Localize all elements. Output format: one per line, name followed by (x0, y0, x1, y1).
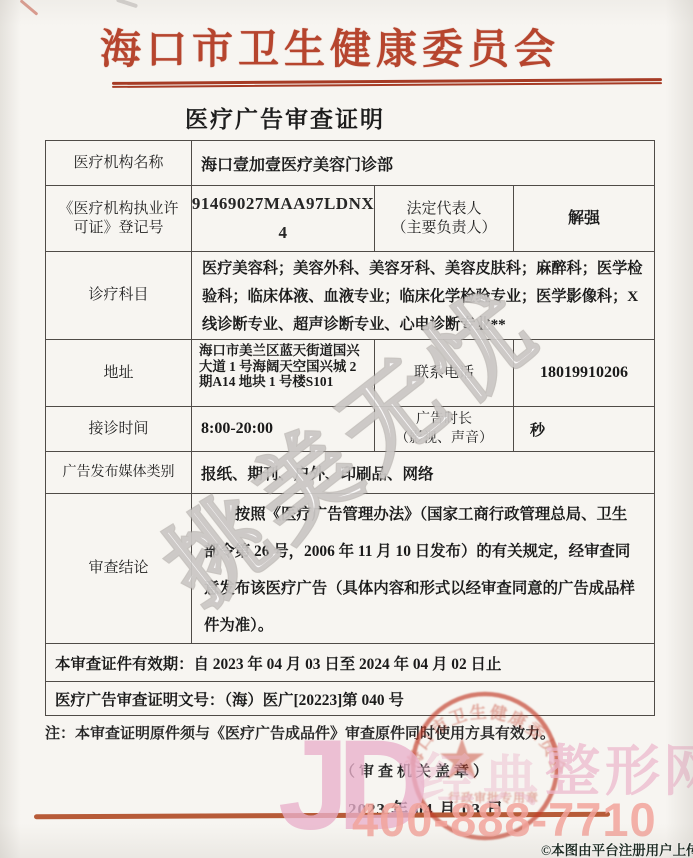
hours-value: 8:00-20:00 (191, 407, 374, 451)
license-label-line2: 可证》登记号 (58, 219, 178, 238)
row-media: 广告发布媒体类别 报纸、期刊、户外、印刷品、网络 (46, 451, 654, 493)
legal-rep-value: 解强 (513, 186, 654, 251)
address-label: 地址 (46, 340, 191, 406)
row-license: 《医疗机构执业许 可证》登记号 91469027MAA97LDNX 4 法定代表… (46, 185, 654, 251)
legal-rep-label: 法定代表人 （主要负责人） (374, 186, 513, 251)
departments-value: 医疗美容科；美容外科、美容牙科、美容皮肤科；麻醉科；医学检验科；临床体液、血液专… (191, 252, 654, 339)
row-hours: 接诊时间 8:00-20:00 广告时长 （影视、声音） 秒 (46, 406, 654, 451)
license-label-line1: 《医疗机构执业许 (58, 200, 178, 219)
org-name-value: 海口壹加壹医疗美容门诊部 (191, 141, 654, 185)
certificate-page: 海口市卫生健康委员会 医疗广告审查证明 医疗机构名称 海口壹加壹医疗美容门诊部 … (0, 0, 693, 858)
row-address: 地址 海口市美兰区蓝天街道国兴大道 1 号海阔天空国兴城 2 期A14 地块 1… (46, 339, 654, 406)
conclusion-label: 审查结论 (46, 494, 191, 643)
departments-label: 诊疗科目 (46, 252, 191, 339)
legal-rep-label-line2: （主要负责人） (391, 219, 496, 238)
official-seal: 海口市卫生健康委员会 行政审批专用章 (398, 690, 574, 850)
phone-label: 联系电话 (374, 340, 513, 406)
validity-text: 本审查证件有效期：自 2023 年 04 月 03 日至 2024 年 04 月… (46, 644, 654, 681)
certificate-table: 医疗机构名称 海口壹加壹医疗美容门诊部 《医疗机构执业许 可证》登记号 9146… (45, 140, 655, 716)
upload-caption: ©本图由平台注册用户上传 (541, 839, 693, 858)
seal-inner-text: 行政审批专用章 (448, 790, 539, 805)
header-double-rule (112, 78, 662, 88)
media-value: 报纸、期刊、户外、印刷品、网络 (191, 452, 654, 493)
legal-rep-label-line1: 法定代表人 (391, 200, 496, 219)
gray-smudge (116, 0, 138, 8)
brand-watermark-char: 网 (663, 744, 693, 799)
row-validity: 本审查证件有效期：自 2023 年 04 月 03 日至 2024 年 04 月… (46, 643, 654, 681)
license-label: 《医疗机构执业许 可证》登记号 (46, 186, 191, 251)
conclusion-value: 按照《医疗广告管理办法》（国家工商行政管理总局、卫生部令第 26 号，2006 … (191, 494, 654, 643)
hours-label: 接诊时间 (46, 407, 191, 451)
ad-duration-label: 广告时长 （影视、声音） (374, 407, 513, 451)
license-number: 91469027MAA97LDNX 4 (191, 186, 374, 251)
media-label: 广告发布媒体类别 (46, 452, 191, 493)
phone-value: 18019910206 (513, 340, 654, 406)
row-departments: 诊疗科目 医疗美容科；美容外科、美容牙科、美容皮肤科；麻醉科；医学检验科；临床体… (46, 251, 654, 339)
document-title: 医疗广告审查证明 (0, 101, 570, 134)
license-number-line1: 91469027MAA97LDNX (192, 194, 374, 214)
ad-duration-label-line1: 广告时长 (395, 410, 493, 429)
authority-title: 海口市卫生健康委员会 (20, 16, 640, 75)
ad-duration-label-line2: （影视、声音） (395, 429, 493, 448)
seal-ring-text: 海口市卫生健康委员会 (403, 702, 570, 779)
address-value: 海口市美兰区蓝天街道国兴大道 1 号海阔天空国兴城 2 期A14 地块 1 号楼… (191, 340, 374, 406)
row-org-name: 医疗机构名称 海口壹加壹医疗美容门诊部 (46, 141, 654, 185)
brand-watermark-char: 形 (605, 744, 660, 799)
ad-duration-unit: 秒 (513, 407, 654, 451)
seal-star (440, 738, 484, 779)
row-conclusion: 审查结论 按照《医疗广告管理办法》（国家工商行政管理总局、卫生部令第 26 号，… (46, 493, 654, 643)
org-name-label: 医疗机构名称 (46, 141, 191, 185)
red-corner-mark (20, 0, 39, 16)
license-number-line2: 4 (279, 223, 288, 243)
